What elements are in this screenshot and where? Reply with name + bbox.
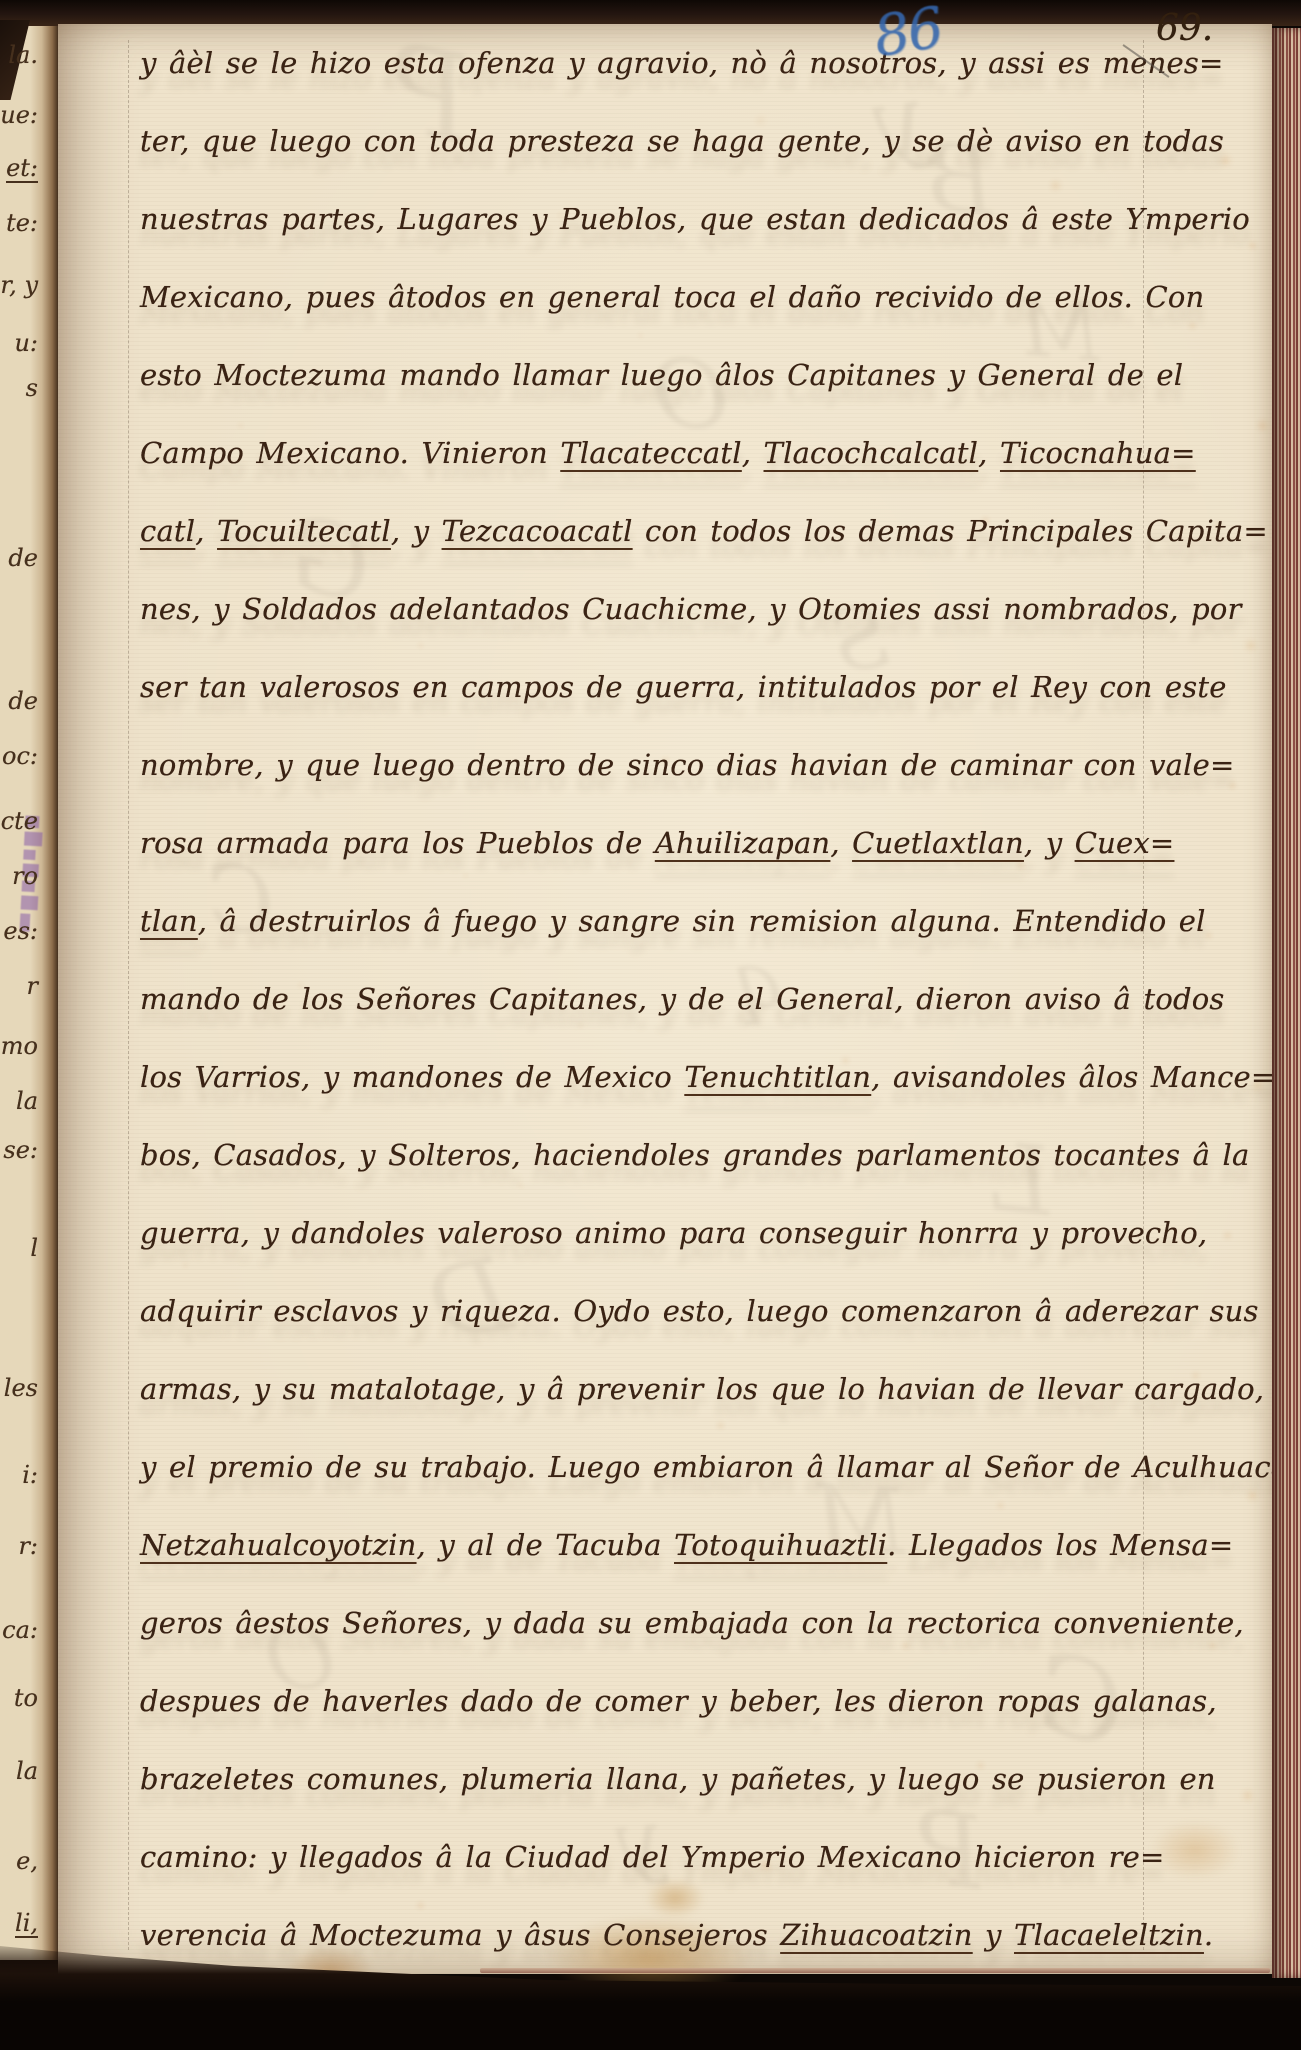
manuscript-line: ser tan valerosos en campos de guerra, i… <box>140 648 1145 726</box>
line-text: . Llegados los Mensa= <box>887 1528 1233 1562</box>
line-text: esto Moctezuma mando llamar luego âlos C… <box>140 358 1183 392</box>
folio-number: 69. <box>1156 8 1213 49</box>
facing-page-text-fragment: te: <box>6 209 38 237</box>
line-text: y âèl se le hizo esta ofenza y agravio, … <box>140 46 1224 80</box>
facing-page-text-fragment: oc: <box>2 742 38 770</box>
line-text: con todos los demas Principales Capita= <box>633 514 1268 548</box>
manuscript-line: y âèl se le hizo esta ofenza y agravio, … <box>140 24 1145 102</box>
underlined-name: Cuex= <box>1075 826 1175 860</box>
facing-page-text-fragment: que: <box>0 101 38 129</box>
manuscript-line: tlan, â destruirlos â fuego y sangre sin… <box>140 882 1145 960</box>
facing-page-text-fragment: e, <box>16 1847 38 1875</box>
line-text: brazeletes comunes, plumeria llana, y pa… <box>140 1762 1216 1796</box>
manuscript-line: y el premio de su trabajo. Luego embiaro… <box>140 1428 1145 1506</box>
leather-binding-top <box>0 0 1301 26</box>
line-text: Mexicano, pues âtodos en general toca el… <box>140 280 1204 314</box>
facing-page-text-fragment: r: <box>18 1532 38 1560</box>
underlined-name: Tlacochcalcatl <box>764 436 979 470</box>
manuscript-line: guerra, y dandoles valeroso animo para c… <box>140 1194 1145 1272</box>
line-text: y el premio de su trabajo. Luego embiaro… <box>140 1450 1301 1484</box>
line-text: , y <box>1024 826 1075 860</box>
underlined-name: Tlacateccatl <box>560 436 741 470</box>
underlined-name: Tocuiltecatl <box>217 514 391 548</box>
manuscript-line: adquirir esclavos y riqueza. Oydo esto, … <box>140 1272 1145 1350</box>
line-text: , <box>742 436 764 470</box>
line-text: . <box>1204 1918 1213 1952</box>
facing-page-text-fragment: la <box>16 1757 38 1785</box>
line-text: los Varrios, y mandones de Mexico <box>140 1060 684 1094</box>
manuscript-line: Mexicano, pues âtodos en general toca el… <box>140 258 1145 336</box>
line-text: nes, y Soldados adelantados Cuachicme, y… <box>140 592 1242 626</box>
underlined-name: Ahuilizapan <box>655 826 830 860</box>
manuscript-line: catl, Tocuiltecatl, y Tezcacoacatl con t… <box>140 492 1145 570</box>
line-text: , â destruirlos â fuego y sangre sin rem… <box>198 904 1206 938</box>
manuscript-line: geros âestos Señores, y dada su embajada… <box>140 1584 1145 1662</box>
manuscript-line: esto Moctezuma mando llamar luego âlos C… <box>140 336 1145 414</box>
line-text: camino: y llegados â la Ciudad del Ymper… <box>140 1840 1165 1874</box>
facing-page-text-fragment: u: <box>14 329 38 357</box>
facing-page-text-fragment: de <box>8 687 38 715</box>
line-text: bos, Casados, y Solteros, haciendoles gr… <box>140 1138 1249 1172</box>
line-text: , y al de Tacuba <box>417 1528 675 1562</box>
facing-page-text-fragment: la. <box>8 41 38 69</box>
margin-rule-left <box>128 40 129 1950</box>
manuscript-photo: { "document": { "folio_number": "69.", "… <box>0 0 1301 2050</box>
facing-page-text-fragment: li, <box>15 1909 38 1937</box>
manuscript-line: despues de haverles dado de comer y bebe… <box>140 1662 1145 1740</box>
underlined-name: Cuetlaxtlan <box>852 826 1024 860</box>
facing-page-text-fragment: la <box>16 1087 38 1115</box>
manuscript-line: Campo Mexicano. Vinieron Tlacateccatl, T… <box>140 414 1145 492</box>
underlined-name: Zihuacoatzin <box>780 1918 972 1952</box>
facing-page-text-fragment: r <box>27 972 38 1000</box>
facing-page-text-fragment: ca: <box>2 1616 38 1644</box>
blue-foliation-number: 86 <box>869 0 946 70</box>
line-text: , y <box>391 514 442 548</box>
manuscript-line: rosa armada para los Pueblos de Ahuiliza… <box>140 804 1145 882</box>
line-text: geros âestos Señores, y dada su embajada… <box>140 1606 1244 1640</box>
book-page-edges <box>1272 28 1301 1978</box>
underlined-name: Ticocnahua= <box>1000 436 1196 470</box>
facing-page-text-fragment: to <box>14 1684 38 1712</box>
line-text: verencia â Moctezuma y âsus Consejeros <box>140 1918 780 1952</box>
line-text: despues de haverles dado de comer y bebe… <box>140 1684 1217 1718</box>
line-text: ser tan valerosos en campos de guerra, i… <box>140 670 1227 704</box>
manuscript-line: nuestras partes, Lugares y Pueblos, que … <box>140 180 1145 258</box>
manuscript-text-block: y âèl se le hizo esta ofenza y agravio, … <box>140 24 1145 1974</box>
underlined-name: Totoquihuaztli <box>674 1528 887 1562</box>
underlined-name: Netzahualcoyotzin <box>140 1528 417 1562</box>
manuscript-line: los Varrios, y mandones de Mexico Tenuch… <box>140 1038 1145 1116</box>
facing-page-text-fragment: mo <box>1 1032 38 1060</box>
underlined-name: catl <box>140 514 195 548</box>
underlined-name: Tezcacoacatl <box>442 514 633 548</box>
underlined-name: Tlacaeleltzin <box>1014 1918 1204 1952</box>
facing-page-text-fragment: ro <box>12 862 38 890</box>
manuscript-line: Netzahualcoyotzin, y al de Tacuba Totoqu… <box>140 1506 1145 1584</box>
line-text: rosa armada para los Pueblos de <box>140 826 655 860</box>
facing-page-text-fragment: et: <box>6 154 38 182</box>
line-text: nombre, y que luego dentro de sinco dias… <box>140 748 1234 782</box>
manuscript-line: armas, y su matalotage, y â prevenir los… <box>140 1350 1145 1428</box>
facing-page-text-fragment: s <box>26 374 38 402</box>
facing-page-text-fragment: les <box>4 1374 38 1402</box>
line-text: , avisandoles âlos Mance= <box>871 1060 1275 1094</box>
page-bottom-edge <box>480 1968 1270 1973</box>
facing-page-text-fragment: se: <box>3 1136 38 1164</box>
line-text: guerra, y dandoles valeroso animo para c… <box>140 1216 1207 1250</box>
line-text: armas, y su matalotage, y â prevenir los… <box>140 1372 1264 1406</box>
line-text: adquirir esclavos y riqueza. Oydo esto, … <box>140 1294 1259 1328</box>
line-text: Campo Mexicano. Vinieron <box>140 436 560 470</box>
line-text: mando de los Señores Capitanes, y de el … <box>140 982 1224 1016</box>
manuscript-line: verencia â Moctezuma y âsus Consejeros Z… <box>140 1896 1145 1974</box>
facing-page-text-fragment: l <box>30 1234 38 1262</box>
manuscript-line: ter, que luego con toda presteza se haga… <box>140 102 1145 180</box>
manuscript-line: mando de los Señores Capitanes, y de el … <box>140 960 1145 1038</box>
facing-page-text-fragment: octe <box>0 807 38 835</box>
facing-page-text-fragment: de <box>8 544 38 572</box>
manuscript-line: nes, y Soldados adelantados Cuachicme, y… <box>140 570 1145 648</box>
manuscript-line: brazeletes comunes, plumeria llana, y pa… <box>140 1740 1145 1818</box>
manuscript-line: bos, Casados, y Solteros, haciendoles gr… <box>140 1116 1145 1194</box>
facing-page-text-fragment: r, y <box>0 271 38 299</box>
line-text: , <box>195 514 217 548</box>
line-text: y <box>973 1918 1014 1952</box>
manuscript-line: camino: y llegados â la Ciudad del Ymper… <box>140 1818 1145 1896</box>
underlined-name: tlan <box>140 904 198 938</box>
line-text: ter, que luego con toda presteza se haga… <box>140 124 1224 158</box>
line-text: , <box>978 436 1000 470</box>
manuscript-line: nombre, y que luego dentro de sinco dias… <box>140 726 1145 804</box>
underlined-name: Tenuchtitlan <box>684 1060 871 1094</box>
facing-page-text-fragment: es: <box>3 917 38 945</box>
line-text: nuestras partes, Lugares y Pueblos, que … <box>140 202 1250 236</box>
facing-page-text-fragment: i: <box>22 1461 38 1489</box>
line-text: , <box>830 826 852 860</box>
facing-page-fragments: la.que:et:te:r, yu:sdedeoc:octeroes:rmol… <box>0 0 48 2050</box>
